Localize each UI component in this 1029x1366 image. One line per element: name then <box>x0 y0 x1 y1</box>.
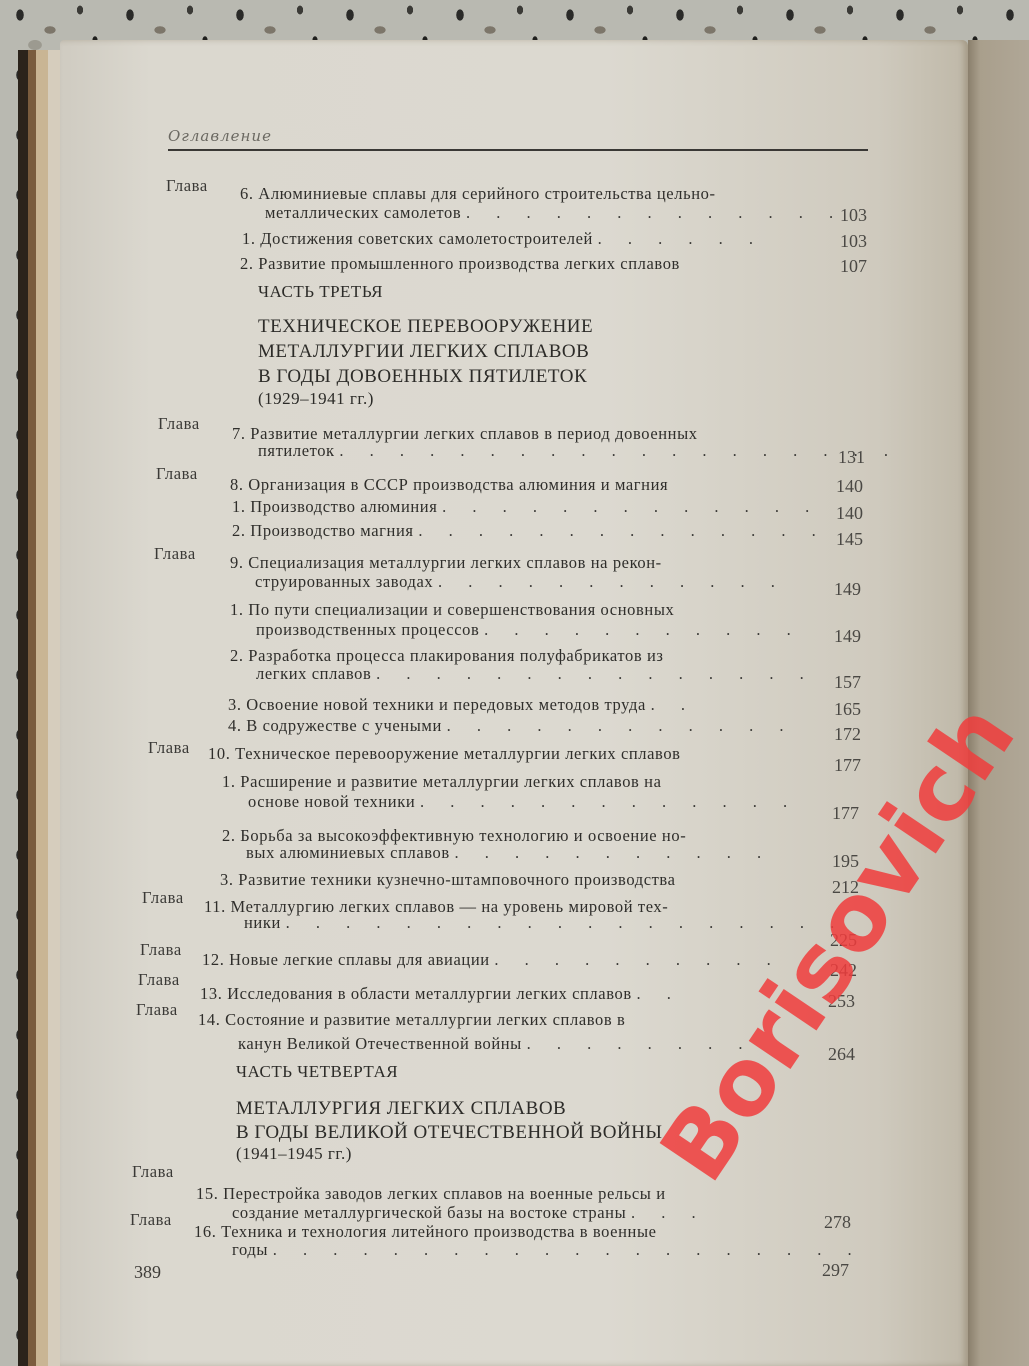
toc-entry-title: 2. Разработка процесса плакирования полу… <box>230 646 664 666</box>
toc-page-number: 107 <box>840 256 867 277</box>
toc-entry-title: 1. Расширение и развитие металлургии лег… <box>222 772 662 792</box>
toc-entry-title: 15. Перестройка заводов легких сплавов н… <box>196 1184 666 1204</box>
toc-entry-title: канун Великой Отечественной войны . . . … <box>238 1034 753 1054</box>
toc-entry-title: 2. Производство магния . . . . . . . . .… <box>232 521 827 541</box>
toc-entry-title: 1. По пути специализации и совершенствов… <box>230 600 674 620</box>
toc-entry-title: основе новой техники . . . . . . . . . .… <box>248 792 798 812</box>
toc-entry-title: 6. Алюминиевые сплавы для серийного стро… <box>240 184 716 204</box>
toc-entry-title: 16. Техника и технология литейного произ… <box>194 1222 657 1242</box>
part-title-line: ТЕХНИЧЕСКОЕ ПЕРЕВООРУЖЕНИЕ <box>258 316 593 338</box>
chapter-label: Глава <box>166 176 208 196</box>
chapter-label: Глава <box>158 414 200 434</box>
toc-page-number: 145 <box>836 529 863 550</box>
toc-page-number: 177 <box>834 755 861 776</box>
part-title-line: (1929–1941 гг.) <box>258 389 374 409</box>
part-title-line: МЕТАЛЛУРГИЯ ЛЕГКИХ СПЛАВОВ <box>236 1098 566 1120</box>
toc-entry-title: 10. Техническое перевооружение металлург… <box>208 744 681 764</box>
toc-entry-title: годы . . . . . . . . . . . . . . . . . .… <box>232 1240 863 1260</box>
toc-page-number: 131 <box>838 447 865 468</box>
toc-page-number: 140 <box>836 503 863 524</box>
chapter-label: Глава <box>156 464 198 484</box>
toc-entry-title: металлических самолетов . . . . . . . . … <box>265 203 844 223</box>
chapter-label: Глава <box>130 1210 172 1230</box>
table-of-contents: Глава 6. Алюминиевые сплавы для серийног… <box>0 0 1029 1366</box>
part-label: ЧАСТЬ ЧЕТВЕРТАЯ <box>236 1062 398 1082</box>
toc-page-number: 165 <box>834 699 861 720</box>
part-title-line: (1941–1945 гг.) <box>236 1144 352 1164</box>
toc-entry-title: 13. Исследования в области металлургии л… <box>200 984 682 1004</box>
toc-entry-title: струированных заводах . . . . . . . . . … <box>255 572 786 592</box>
toc-entry-title: легких сплавов . . . . . . . . . . . . .… <box>256 664 815 684</box>
toc-page-number: 140 <box>836 476 863 497</box>
toc-entry-title: 1. Достижения советских самолетостроител… <box>242 229 764 249</box>
chapter-label: Глава <box>132 1162 174 1182</box>
part-label: ЧАСТЬ ТРЕТЬЯ <box>258 282 383 302</box>
toc-page-number: 149 <box>834 626 861 647</box>
toc-entry-title: вых алюминиевых сплавов . . . . . . . . … <box>246 843 772 863</box>
toc-page-number: 297 <box>822 1260 849 1281</box>
toc-entry-title: 2. Развитие промышленного производства л… <box>240 254 680 274</box>
toc-page-number: 103 <box>840 205 867 226</box>
chapter-label: Глава <box>148 738 190 758</box>
toc-entry-title: 3. Развитие техники кузнечно-штамповочно… <box>220 870 676 890</box>
toc-page-number: 149 <box>834 579 861 600</box>
toc-entry-title: 1. Производство алюминия . . . . . . . .… <box>232 497 820 517</box>
chapter-label: Глава <box>140 940 182 960</box>
toc-entry-title: ники . . . . . . . . . . . . . . . . . .… <box>244 913 845 933</box>
chapter-label: Глава <box>136 1000 178 1020</box>
toc-page-number: 264 <box>828 1044 855 1065</box>
toc-entry-title: пятилеток . . . . . . . . . . . . . . . … <box>258 441 899 461</box>
toc-entry-title: 9. Специализация металлургии легких спла… <box>230 553 662 573</box>
toc-entry-title: 12. Новые легкие сплавы для авиации . . … <box>202 950 782 970</box>
toc-entry-title: создание металлургической базы на восток… <box>232 1203 707 1223</box>
toc-entry-title: 3. Освоение новой техники и передовых ме… <box>228 695 696 715</box>
toc-entry-title: 4. В содружестве с учеными . . . . . . .… <box>228 716 795 736</box>
toc-page-number: 157 <box>834 672 861 693</box>
toc-page-number: 103 <box>840 231 867 252</box>
toc-page-number: 172 <box>834 724 861 745</box>
part-title-line: В ГОДЫ ВЕЛИКОЙ ОТЕЧЕСТВЕННОЙ ВОЙНЫ <box>236 1122 663 1144</box>
toc-page-number: 278 <box>824 1212 851 1233</box>
toc-entry-title: производственных процессов . . . . . . .… <box>256 620 802 640</box>
toc-entry-title: 8. Организация в СССР производства алюми… <box>230 475 668 495</box>
page-number: 389 <box>134 1262 161 1283</box>
chapter-label: Глава <box>154 544 196 564</box>
part-title-line: В ГОДЫ ДОВОЕННЫХ ПЯТИЛЕТОК <box>258 366 587 388</box>
part-title-line: МЕТАЛЛУРГИИ ЛЕГКИХ СПЛАВОВ <box>258 341 589 363</box>
toc-entry-title: 14. Состояние и развитие металлургии лег… <box>198 1010 625 1030</box>
chapter-label: Глава <box>142 888 184 908</box>
chapter-label: Глава <box>138 970 180 990</box>
